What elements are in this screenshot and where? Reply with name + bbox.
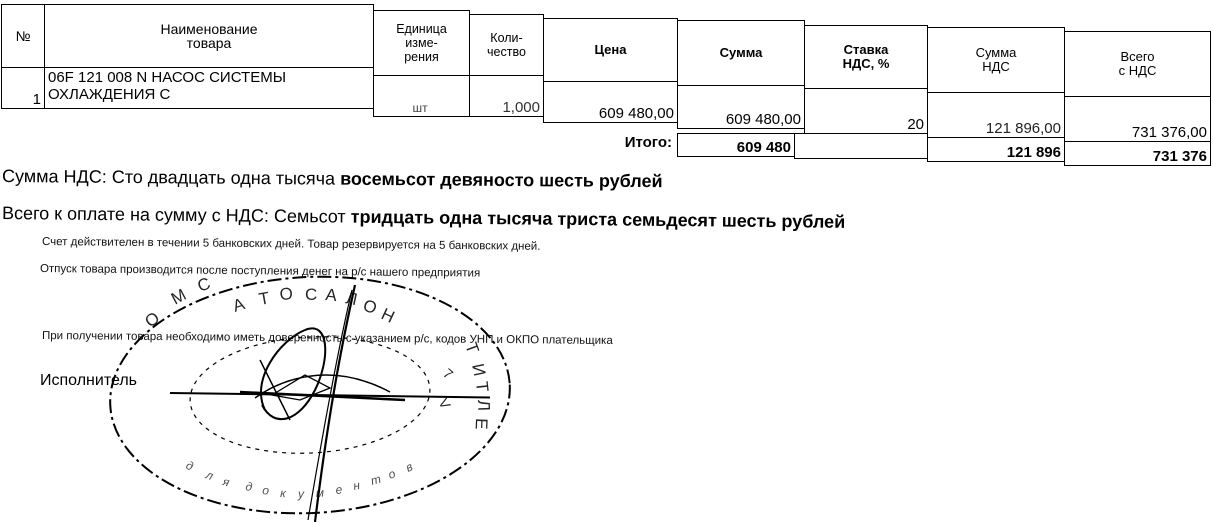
quantity-value: 1,000 [469, 75, 544, 117]
col-header-quantity: Коли- чество [469, 14, 544, 76]
svg-text:у: у [297, 487, 305, 501]
svg-text:Л: Л [474, 399, 493, 411]
svg-text:С: С [195, 274, 213, 296]
product-name: 06F 121 008 N НАСОС СИСТЕМЫ ОХЛАЖДЕНИЯ С [44, 67, 374, 109]
signature-scribble-icon [315, 285, 355, 522]
total-words-regular: Всего к оплате на сумму с НДС: Семьсот [2, 203, 351, 227]
col-header-unit: Единица изме- рения [373, 10, 470, 76]
svg-text:А: А [325, 285, 339, 305]
note-validity: Счет действителен в течении 5 банковских… [42, 236, 541, 253]
col-header-vat-sum: Сумма НДС [927, 27, 1065, 93]
col-header-price: Цена [543, 18, 678, 82]
svg-text:С: С [305, 285, 317, 304]
svg-text:л: л [203, 467, 215, 483]
vat-rate-value: 20 [804, 88, 928, 134]
svg-text:о: о [386, 466, 397, 482]
col-header-product-name: Наименование товара [44, 4, 374, 68]
svg-text:т: т [369, 472, 382, 488]
col-header-vat-rate: Ставка НДС, % [804, 25, 928, 89]
executor-label: Исполнитель [40, 372, 137, 390]
note-release: Отпуск товара производится после поступл… [40, 263, 480, 280]
svg-text:Т: Т [472, 380, 492, 392]
svg-text:е: е [335, 482, 343, 497]
col-header-number: № [1, 4, 45, 68]
col-header-sum: Сумма [677, 20, 805, 86]
totals-sum: 609 480 [677, 133, 795, 157]
unit-value: шт [373, 75, 470, 117]
svg-text:И: И [468, 362, 489, 378]
svg-text:Е: Е [472, 418, 491, 430]
totals-vat-sum: 121 896 [927, 137, 1065, 162]
signature-line [170, 392, 490, 398]
svg-text:н: н [352, 478, 361, 493]
svg-text:о: о [262, 483, 270, 498]
vat-amount-in-words: Сумма НДС: Сто двадцать одна тысяча восе… [2, 166, 663, 192]
vat-words-bold: восемьсот девяносто шесть рублей [340, 169, 663, 192]
vat-words-regular: Сумма НДС: Сто двадцать одна тысяча [2, 166, 340, 189]
svg-text:я: я [220, 474, 231, 490]
svg-text:Н: Н [378, 304, 397, 326]
svg-text:О: О [141, 308, 163, 331]
total-words-bold: тридцать одна тысяча триста семьдесят ше… [351, 207, 846, 232]
note-power-of-attorney: При получении товара необходимо иметь до… [42, 330, 613, 347]
svg-text:А: А [230, 294, 247, 316]
totals-label: Итого: [600, 134, 672, 151]
price-value: 609 480,00 [543, 81, 678, 123]
svg-text:д: д [184, 458, 196, 474]
svg-text:О: О [279, 284, 294, 304]
col-header-total-with-vat: Всего с НДС [1064, 31, 1211, 97]
row-number: 1 [1, 67, 45, 109]
svg-text:V: V [435, 396, 454, 413]
svg-text:Л: Л [344, 288, 359, 309]
vat-sum-value: 121 896,00 [927, 92, 1065, 138]
svg-text:О: О [361, 296, 379, 318]
sum-value: 609 480,00 [677, 85, 805, 129]
svg-text:М: М [168, 285, 189, 308]
svg-text:7: 7 [440, 365, 456, 382]
svg-text:к: к [280, 486, 288, 500]
svg-text:в: в [403, 459, 415, 474]
total-amount-in-words: Всего к оплате на сумму с НДС: Семьсот т… [2, 203, 845, 233]
totals-vat-rate-empty [794, 133, 928, 159]
svg-text:д: д [244, 479, 253, 494]
svg-text:Т: Т [257, 288, 271, 309]
totals-total-with-vat: 731 376 [1064, 141, 1211, 166]
total-with-vat-value: 731 376,00 [1064, 96, 1211, 142]
svg-text:м: м [315, 486, 324, 500]
